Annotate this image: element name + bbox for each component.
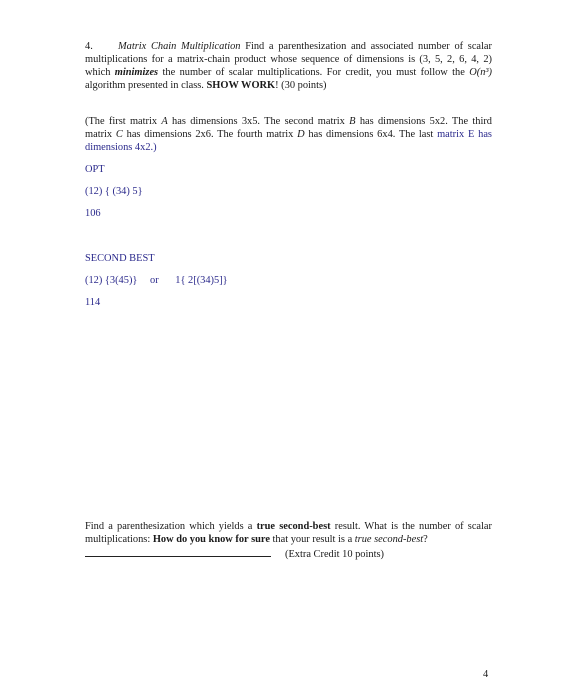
dim-text: has dimensions 6x4. The last: [305, 129, 437, 140]
extra-credit-prompt: Find a parenthesization which yields a t…: [85, 520, 492, 546]
second-best-parenthesization: (12) {3(45)} or 1{ 2[(34)5]}: [85, 274, 228, 287]
extra-bold: true second-best: [257, 521, 331, 532]
second-paren-b: 1{ 2[(34)5]}: [175, 275, 227, 286]
question-intro-end: algorithm presented in class.: [85, 80, 204, 91]
dimensions-note: (The first matrix A has dimensions 3x5. …: [85, 115, 492, 154]
extra-italic: true second-best: [355, 534, 423, 545]
dim-text: has dimensions 3x5. The second matrix: [168, 116, 349, 127]
second-best-label: SECOND BEST: [85, 252, 155, 265]
extra-text: that your result is a: [270, 534, 355, 545]
complexity: O(n³): [469, 67, 492, 78]
second-best-value: 114: [85, 296, 100, 309]
opt-label: OPT: [85, 163, 105, 176]
question-points: ! (30 points): [275, 80, 326, 91]
opt-value: 106: [85, 207, 101, 220]
matrix-c: C: [116, 129, 123, 140]
answer-blank-line: (Extra Credit 10 points): [85, 546, 384, 561]
matrix-d: D: [297, 129, 305, 140]
page-number: 4: [483, 669, 488, 680]
second-paren-a: (12) {3(45)}: [85, 275, 137, 286]
extra-text: ?: [423, 534, 428, 545]
extra-credit-points: (Extra Credit 10 points): [285, 549, 384, 560]
question-emphasis: minimizes: [115, 67, 158, 78]
question-prompt: 4.Matrix Chain Multiplication Find a par…: [85, 40, 492, 92]
opt-parenthesization: (12) { (34) 5}: [85, 185, 143, 198]
extra-bold: How do you know for sure: [153, 534, 270, 545]
extra-text: Find a parenthesization which yields a: [85, 521, 257, 532]
show-work: SHOW WORK: [207, 80, 276, 91]
question-title: Matrix Chain Multiplication: [118, 41, 241, 52]
dim-text: (The first matrix: [85, 116, 161, 127]
dim-text: has dimensions 2x6. The fourth matrix: [123, 129, 297, 140]
second-or: or: [150, 275, 159, 286]
blank-underline: [85, 546, 271, 557]
question-number: 4.: [85, 40, 118, 53]
question-intro-cont: the number of scalar multiplications. Fo…: [163, 67, 465, 78]
